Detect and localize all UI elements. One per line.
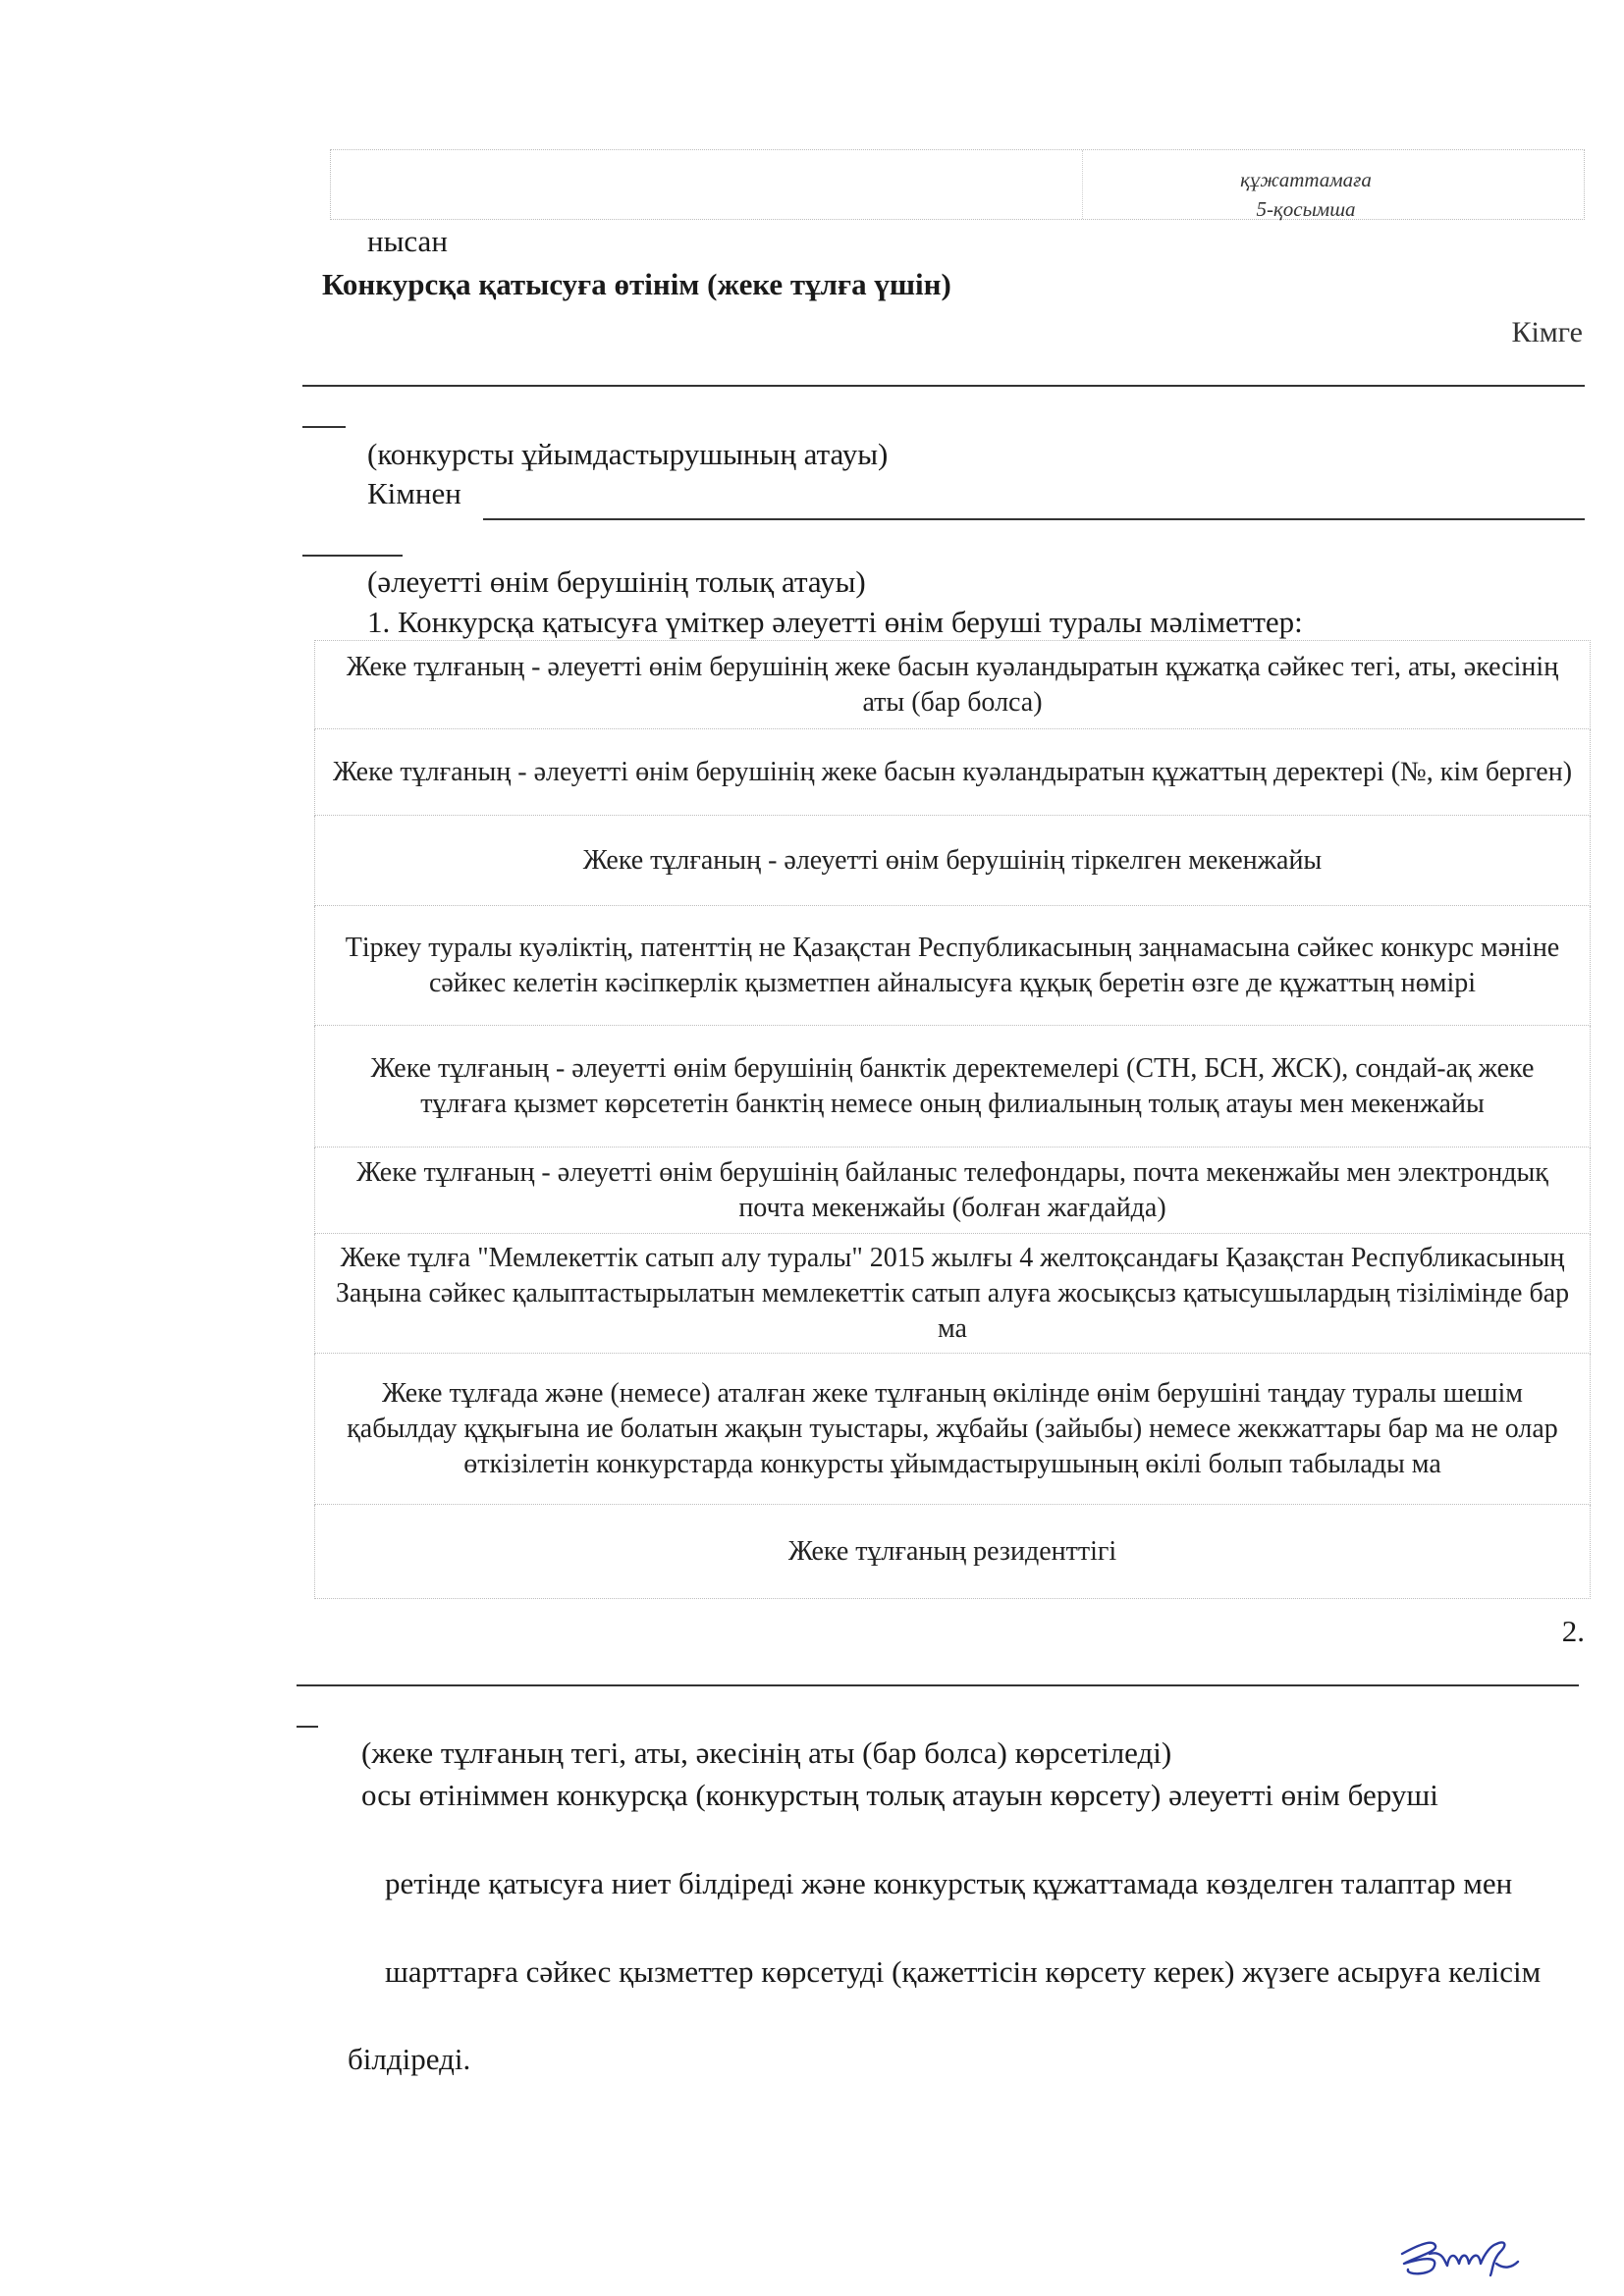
- recipient-label: Кімге: [1511, 316, 1583, 349]
- section2-body-paragraph-4: білдіреді.: [348, 2042, 470, 2077]
- table-cell[interactable]: Жеке тұлғаның - әлеуетті өнім берушінің …: [315, 816, 1591, 906]
- sender-label: Кімнен: [367, 476, 461, 511]
- table-cell[interactable]: Жеке тұлғаның - әлеуетті өнім берушінің …: [315, 1148, 1591, 1234]
- table-cell[interactable]: Жеке тұлға "Мемлекеттік сатып алу туралы…: [315, 1234, 1591, 1354]
- supplier-info-table: Жеке тұлғаның - әлеуетті өнім берушінің …: [314, 640, 1591, 1599]
- table-cell[interactable]: Жеке тұлғаның - әлеуетті өнім берушінің …: [315, 1026, 1591, 1148]
- table-row: Жеке тұлғаның - әлеуетті өнім берушінің …: [315, 1148, 1591, 1234]
- table-row: Жеке тұлғаның - әлеуетті өнім берушінің …: [315, 1026, 1591, 1148]
- annex-line-1: құжаттамаға: [1159, 165, 1453, 194]
- section2-name-field[interactable]: [297, 1684, 1579, 1686]
- table-row: Жеке тұлға "Мемлекеттік сатып алу туралы…: [315, 1234, 1591, 1354]
- section2-body-paragraph-1: осы өтініммен конкурсқа (конкурстың толы…: [295, 1777, 1587, 1813]
- section2-caption: (жеке тұлғаның тегі, аты, әкесінің аты (…: [361, 1735, 1171, 1771]
- table-cell[interactable]: Тіркеу туралы куәліктің, патенттің не Қа…: [315, 906, 1591, 1026]
- sender-caption: (әлеуетті өнім берушінің толық атауы): [367, 564, 866, 600]
- form-label: нысан: [367, 224, 448, 259]
- table-cell[interactable]: Жеке тұлғаның - әлеуетті өнім берушінің …: [315, 729, 1591, 816]
- table-row: Жеке тұлғаның - әлеуетті өнім берушінің …: [315, 729, 1591, 816]
- table-row: Жеке тұлғаның - әлеуетті өнім берушінің …: [315, 641, 1591, 729]
- section1-heading: 1. Конкурсқа қатысуға үміткер әлеуетті ө…: [367, 605, 1303, 640]
- table-row: Жеке тұлғада және (немесе) аталған жеке …: [315, 1354, 1591, 1505]
- table-row: Тіркеу туралы куәліктің, патенттің не Қа…: [315, 906, 1591, 1026]
- recipient-field[interactable]: [302, 385, 1585, 387]
- table-row: Жеке тұлғаның - әлеуетті өнім берушінің …: [315, 816, 1591, 906]
- section2-body-paragraph-3: шарттарға сәйкес қызметтер көрсетуді (қа…: [295, 1953, 1587, 1990]
- annex-line-2: 5-қосымша: [1159, 194, 1453, 224]
- recipient-field-continuation: [302, 426, 346, 428]
- header-divider: [1082, 150, 1083, 219]
- section2-field-continuation: [297, 1726, 318, 1728]
- table-cell[interactable]: Жеке тұлғаның - әлеуетті өнім берушінің …: [315, 641, 1591, 729]
- table-cell[interactable]: Жеке тұлғада және (немесе) аталған жеке …: [315, 1354, 1591, 1505]
- table-cell[interactable]: Жеке тұлғаның резиденттігі: [315, 1505, 1591, 1599]
- signature: [1394, 2224, 1542, 2288]
- page-title: Конкурсқа қатысуға өтінім (жеке тұлға үш…: [322, 267, 951, 302]
- sender-field-continuation: [302, 555, 403, 557]
- recipient-caption: (конкурсты ұйымдастырушының атауы): [367, 437, 888, 472]
- annex-reference: құжаттамаға 5-қосымша: [1159, 165, 1453, 224]
- section2-number: 2.: [1562, 1614, 1585, 1649]
- signature-icon: [1394, 2224, 1542, 2283]
- table-row: Жеке тұлғаның резиденттігі: [315, 1505, 1591, 1599]
- sender-field[interactable]: [483, 518, 1585, 520]
- section2-body-paragraph-2: ретінде қатысуға ниет білдіреді және кон…: [295, 1865, 1587, 1901]
